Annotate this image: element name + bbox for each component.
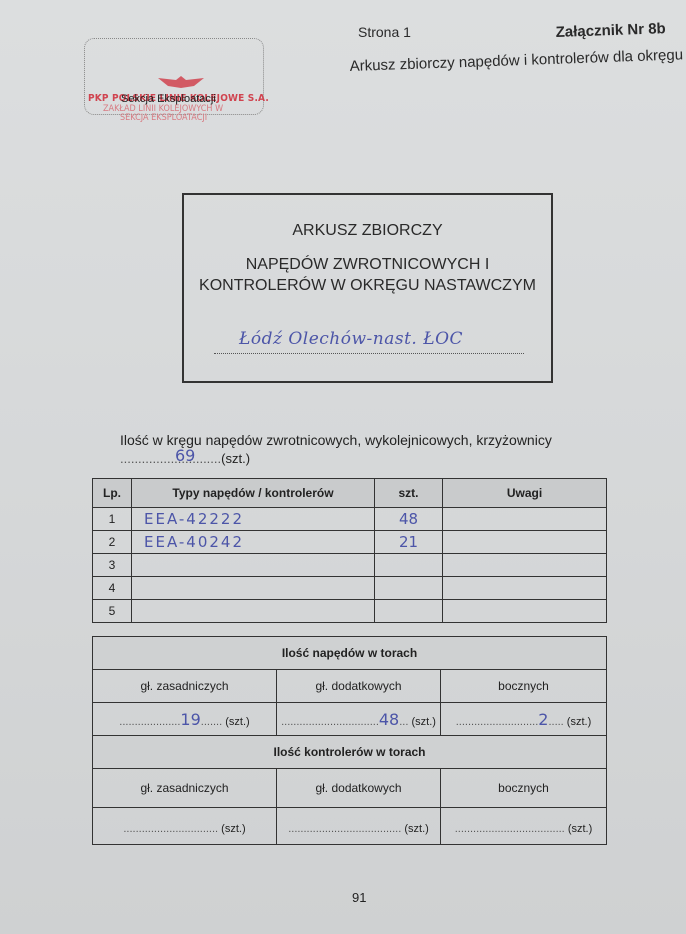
drives-side-value: 2 [538, 710, 548, 729]
row-notes [443, 531, 607, 554]
document-page: Strona 1 Załącznik Nr 8b Arkusz zbiorczy… [0, 0, 686, 934]
attachment-number: Załącznik Nr 8b [555, 20, 666, 41]
track-summary-table: Ilość napędów w torach gł. zasadniczych … [92, 636, 607, 845]
controllers-main-field: ............................... (szt.) [93, 808, 277, 845]
row-qty [375, 577, 443, 600]
drives-col-side: bocznych [441, 670, 607, 703]
row-lp: 4 [93, 577, 132, 600]
table-header-row: Lp. Typy napędów / kontrolerów szt. Uwag… [93, 479, 607, 508]
title-line-2: NAPĘDÓW ZWROTNICOWYCH I KONTROLERÓW W OK… [184, 254, 551, 296]
title-line-1: ARKUSZ ZBIORCZY [184, 222, 551, 240]
row-type [132, 600, 375, 623]
total-count-value: 69 [175, 446, 195, 465]
fill-dots: ............................ [120, 451, 221, 466]
stamp-section-name: SEKCJA EKSPLOATACJI [120, 113, 207, 123]
table-row: 4 [93, 577, 607, 600]
controllers-side-field: .................................... (sz… [441, 808, 607, 845]
row-qty: 21 [375, 531, 443, 554]
drives-additional-value: 48 [379, 710, 399, 729]
row-type [132, 554, 375, 577]
unit-label: (szt.) [567, 716, 591, 728]
row-notes [443, 577, 607, 600]
row-lp: 3 [93, 554, 132, 577]
drives-side-field: ...........................2..... (szt.) [441, 703, 607, 736]
unit-label: (szt.) [221, 451, 250, 466]
unit-label: (szt.) [404, 823, 428, 835]
table-row: 3 [93, 554, 607, 577]
header-type: Typy napędów / kontrolerów [132, 479, 375, 508]
title-line-3-text: KONTROLERÓW W OKRĘGU NASTAWCZYM [199, 277, 536, 294]
table-row: 2 EEA-40242 21 [93, 531, 607, 554]
row-lp: 1 [93, 508, 132, 531]
controllers-additional-field: ..................................... (s… [277, 808, 441, 845]
table-row: 5 [93, 600, 607, 623]
header-notes: Uwagi [443, 479, 607, 508]
header-qty: szt. [375, 479, 443, 508]
document-subtitle: Arkusz zbiorczy napędów i kontrolerów dl… [349, 46, 683, 75]
row-lp: 5 [93, 600, 132, 623]
drives-additional-field: ................................48... (s… [277, 703, 441, 736]
total-count-field: ............................(szt.) 69 [120, 451, 250, 466]
row-notes [443, 600, 607, 623]
drives-main-value: 19 [180, 710, 200, 729]
row-qty [375, 600, 443, 623]
drives-on-tracks-title: Ilość napędów w torach [93, 637, 607, 670]
unit-label: (szt.) [221, 823, 245, 835]
handwritten-district: Łódź Olechów-nast. ŁOC [239, 329, 463, 349]
row-qty [375, 554, 443, 577]
unit-label: (szt.) [411, 716, 435, 728]
title-line-2-text: NAPĘDÓW ZWROTNICOWYCH I [246, 256, 490, 273]
title-box: ARKUSZ ZBIORCZY NAPĘDÓW ZWROTNICOWYCH I … [182, 193, 553, 383]
types-table: Lp. Typy napędów / kontrolerów szt. Uwag… [92, 478, 607, 623]
drives-col-additional: gł. dodatkowych [277, 670, 441, 703]
table-row: 1 EEA-42222 48 [93, 508, 607, 531]
header-lp: Lp. [93, 479, 132, 508]
unit-label: (szt.) [225, 716, 249, 728]
unit-label: (szt.) [568, 823, 592, 835]
row-notes [443, 554, 607, 577]
controllers-col-side: bocznych [441, 769, 607, 808]
controllers-on-tracks-title: Ilość kontrolerów w torach [93, 736, 607, 769]
row-type: EEA-42222 [132, 508, 375, 531]
page-label: Strona 1 [358, 24, 411, 40]
controllers-col-main: gł. zasadniczych [93, 769, 277, 808]
row-qty: 48 [375, 508, 443, 531]
row-notes [443, 508, 607, 531]
drives-main-field: ....................19....... (szt.) [93, 703, 277, 736]
row-type: EEA-40242 [132, 531, 375, 554]
page-number: 91 [352, 890, 366, 905]
drives-col-main: gł. zasadniczych [93, 670, 277, 703]
pkp-winged-logo-icon [158, 76, 204, 88]
row-lp: 2 [93, 531, 132, 554]
controllers-col-additional: gł. dodatkowych [277, 769, 441, 808]
row-type [132, 577, 375, 600]
